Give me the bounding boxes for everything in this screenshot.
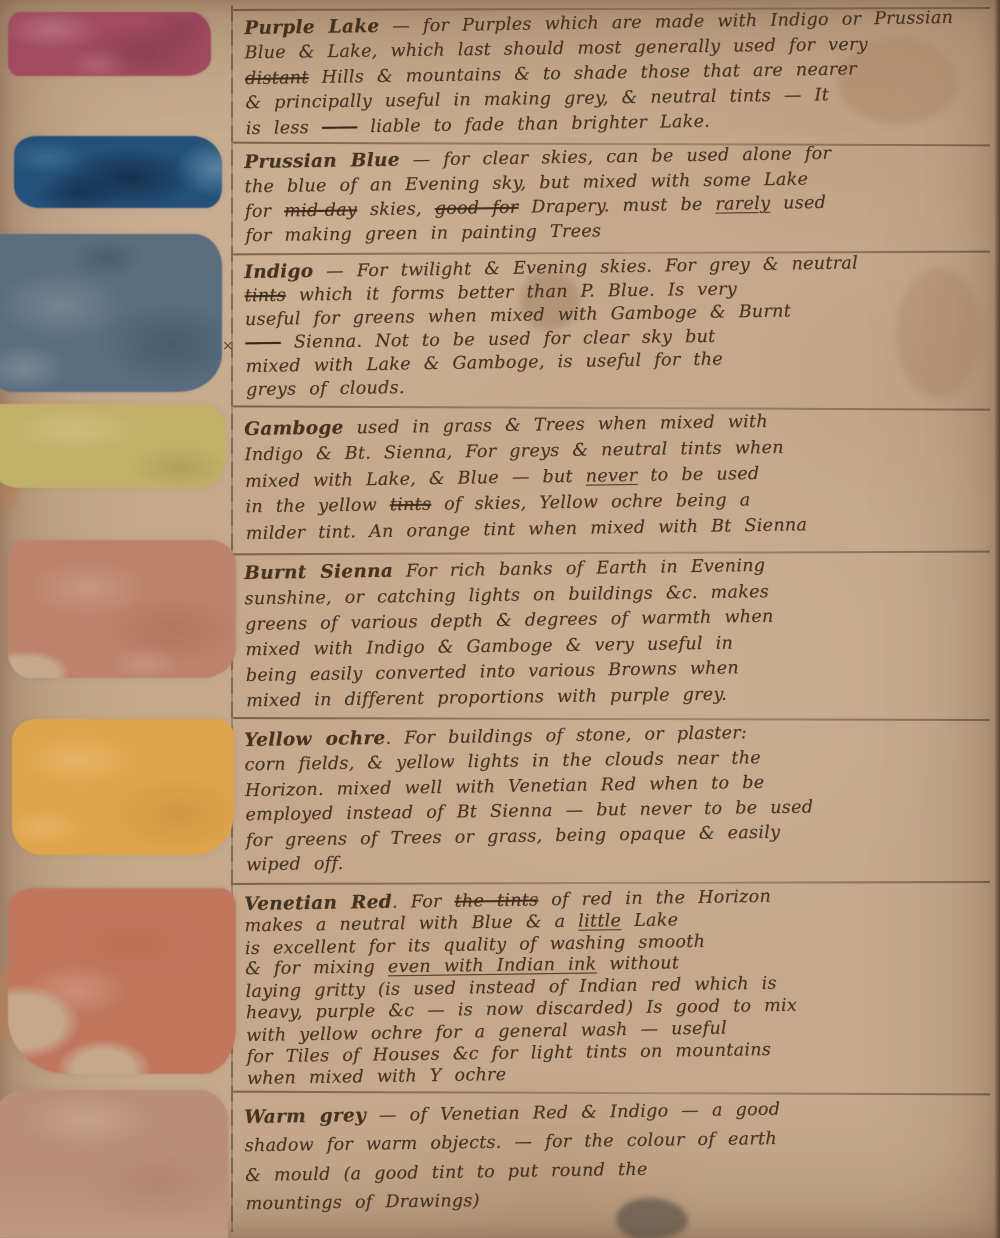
margin-x-mark: × bbox=[222, 338, 234, 354]
swatch-burnt-sienna bbox=[8, 540, 236, 678]
swatch-warm-grey bbox=[0, 1090, 228, 1238]
section-burnt-sienna: Burnt Sienna For rich banks of Earth in … bbox=[244, 549, 994, 715]
swatch-venetian-red bbox=[8, 888, 236, 1074]
section-venetian-red: Venetian Red. For the tints of red in th… bbox=[244, 882, 995, 1091]
page-edge bbox=[994, 0, 1000, 1238]
section-purple-lake: Purple Lake — for Purples which are made… bbox=[244, 4, 994, 142]
swatch-purple-lake bbox=[8, 12, 211, 76]
section-gamboge: Gamboge used in grass & Trees when mixed… bbox=[244, 405, 994, 547]
section-warm-grey: Warm grey — of Venetian Red & Indigo — a… bbox=[244, 1091, 994, 1220]
section-yellow-ochre: Yellow ochre. For buildings of stone, or… bbox=[244, 716, 994, 879]
swatch-gamboge bbox=[0, 404, 226, 488]
swatch-yellow-ochre bbox=[12, 719, 234, 855]
swatch-indigo bbox=[0, 234, 222, 392]
manuscript-page: × Purple Lake — for Purples which are ma… bbox=[0, 0, 1000, 1238]
section-prussian-blue: Prussian Blue — for clear skies, can be … bbox=[244, 139, 993, 249]
swatch-prussian-blue bbox=[14, 136, 222, 208]
section-indigo: Indigo — For twilight & Evening skies. F… bbox=[244, 249, 994, 403]
